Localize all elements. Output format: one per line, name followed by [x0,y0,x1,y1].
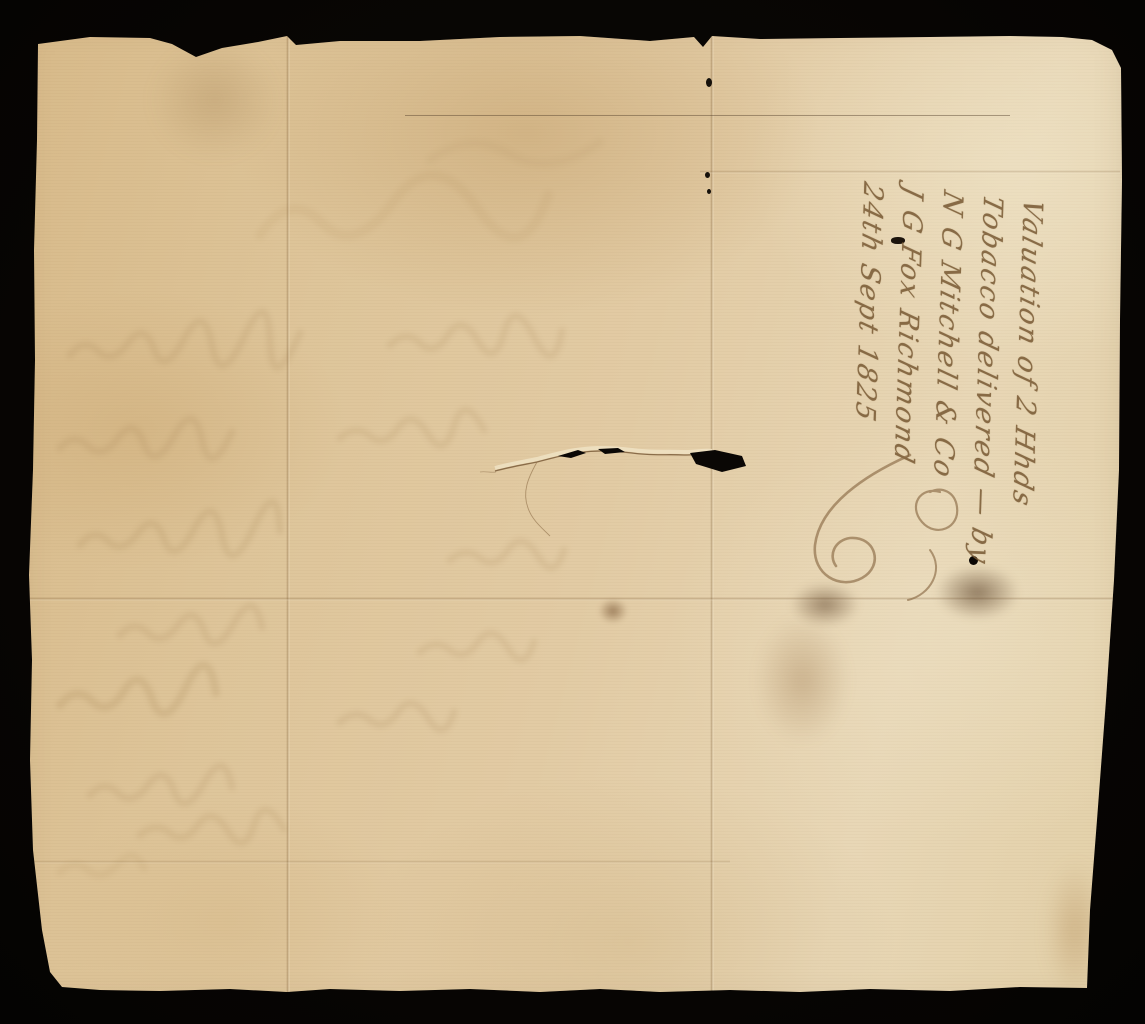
scan-background: Valuation of 2 Hhds Tobacco delivered — … [0,0,1145,1024]
tear-hole [470,425,770,555]
fold-hole-mid-2 [707,189,711,194]
fold-hole-top [706,78,712,87]
stain-dot-center [598,598,628,624]
fold-line-horizontal-bottom [30,860,730,864]
stain-bottom-right-edge [1045,860,1105,1000]
paraph-flourish [780,450,990,620]
crease-line-top [405,115,1010,116]
fold-hole-mid-1 [705,172,710,178]
paper-sheet: Valuation of 2 Hhds Tobacco delivered — … [0,0,1145,1024]
stain-smudge-cluster [755,615,850,745]
stain-top-left [150,40,280,160]
fold-line-vertical-left [286,36,290,992]
fold-line-horizontal-right [700,170,1120,174]
